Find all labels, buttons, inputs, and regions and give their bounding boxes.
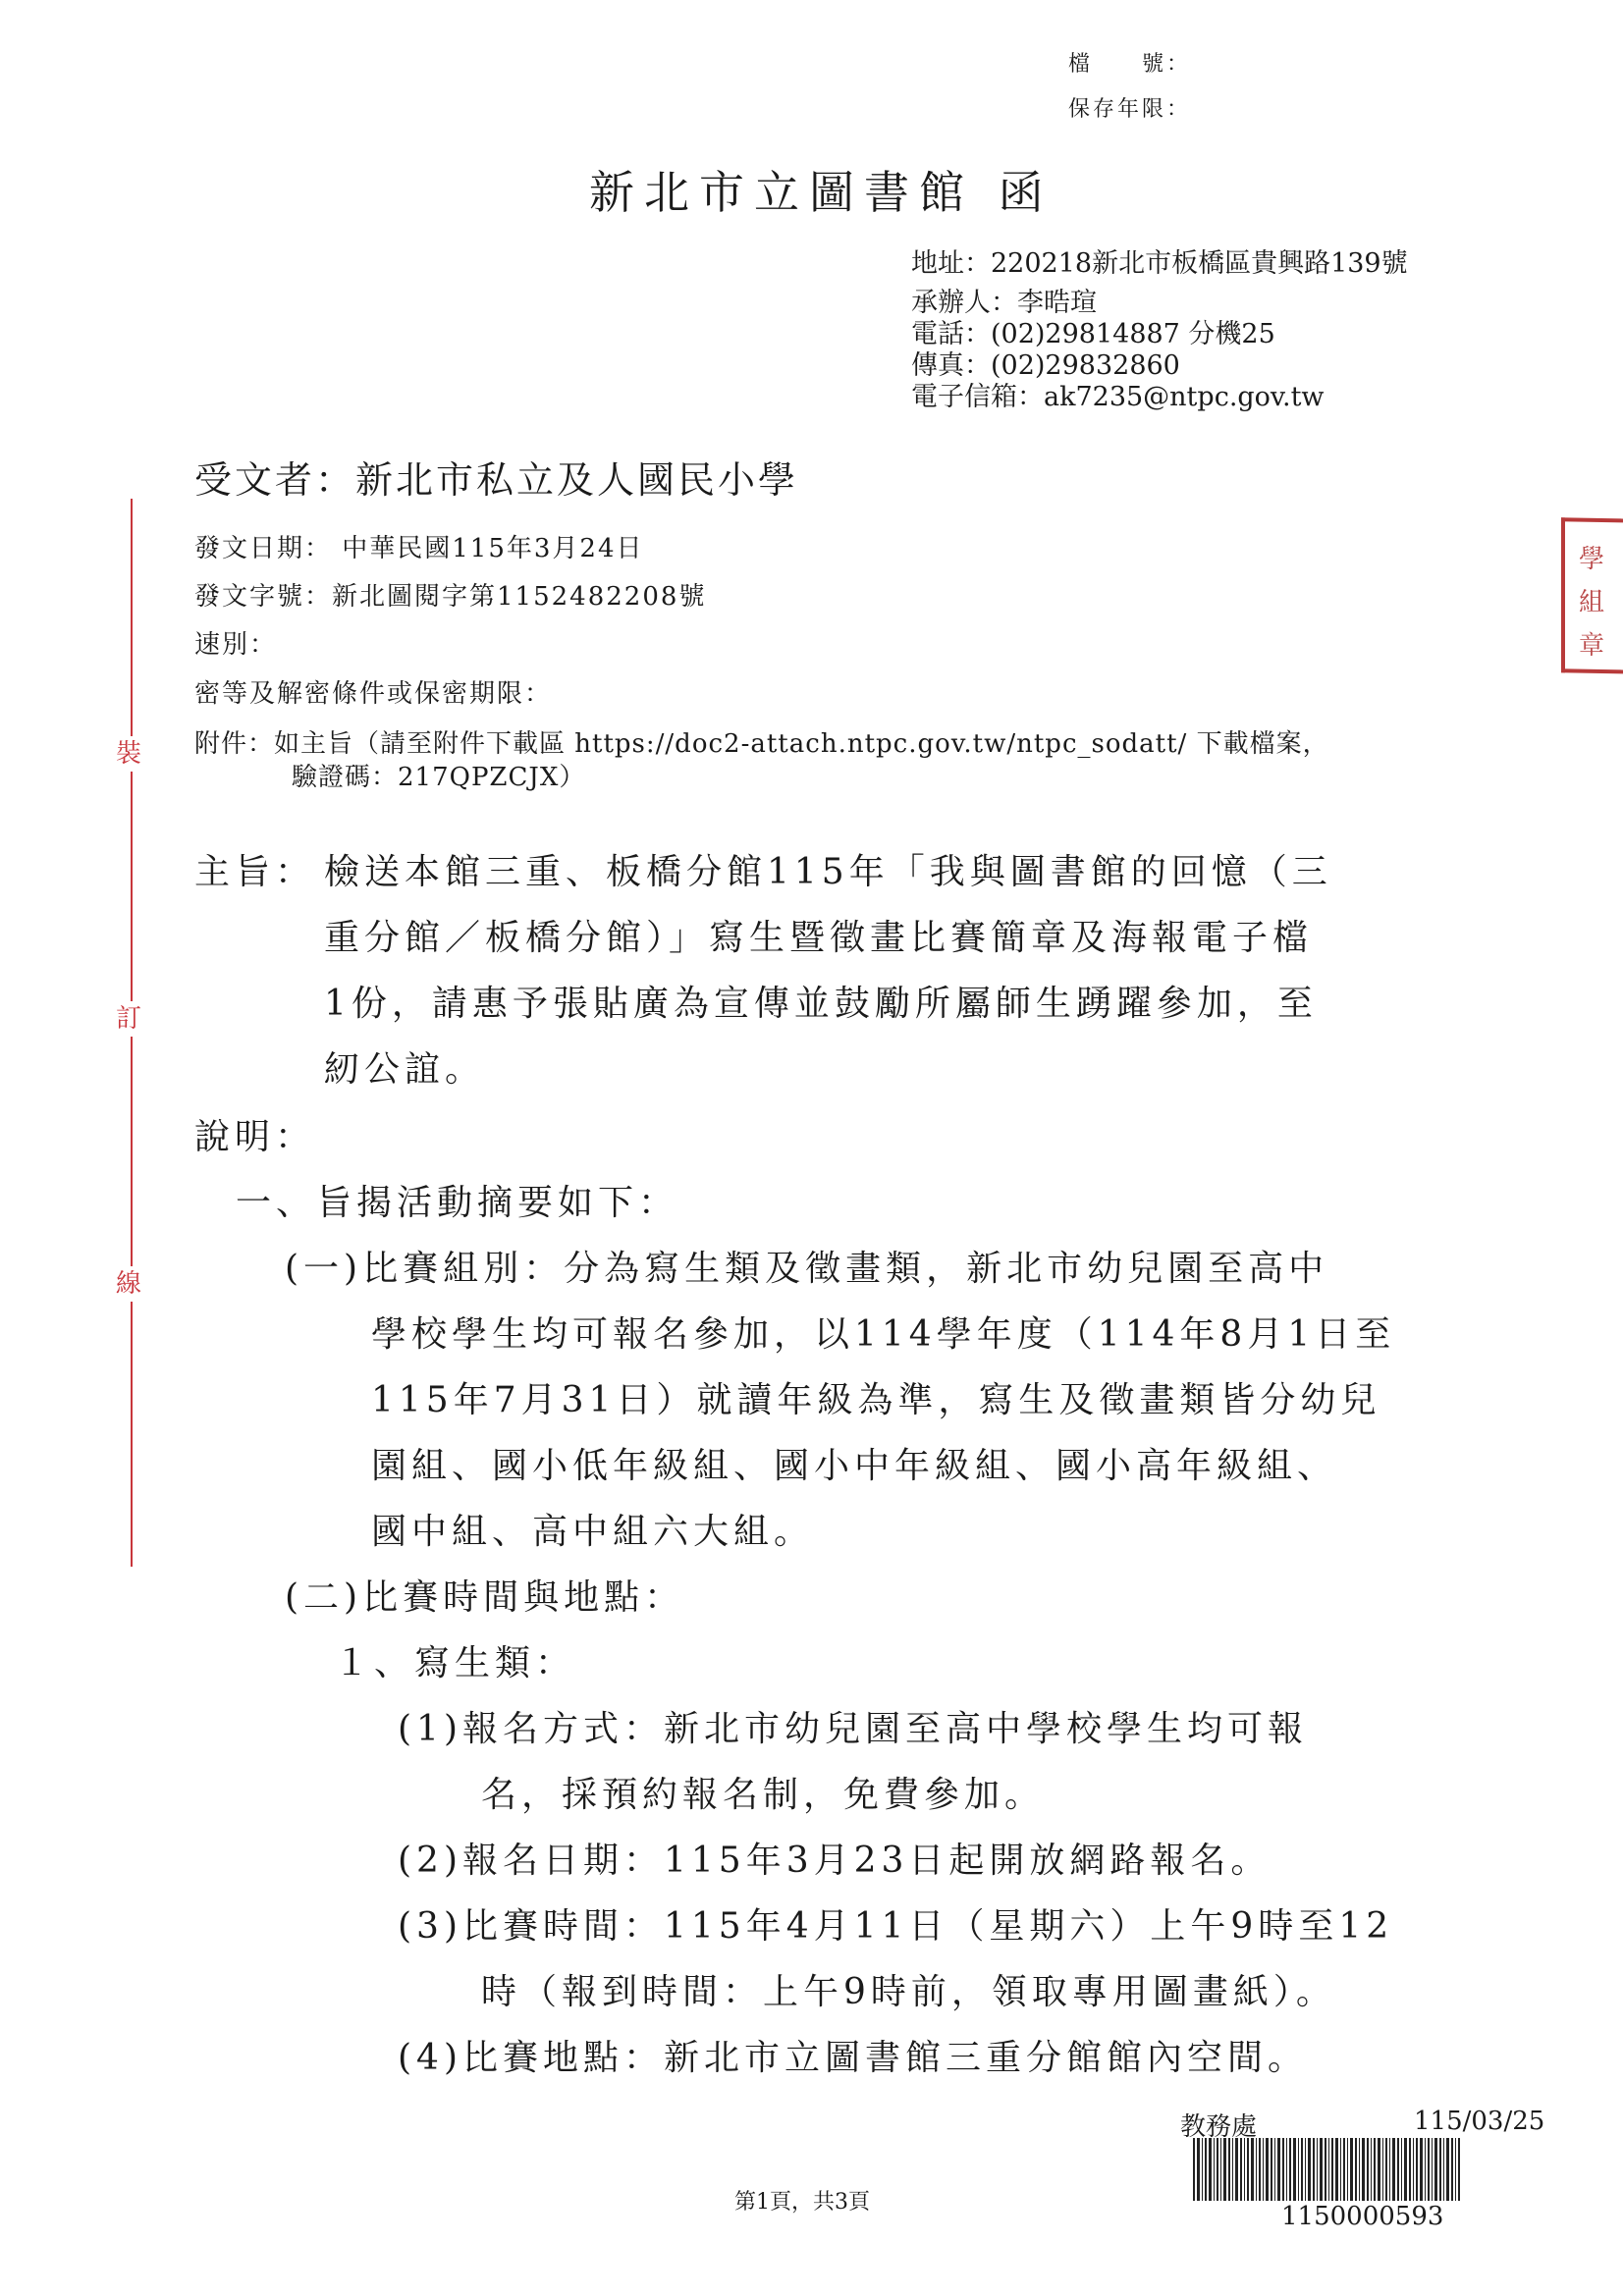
point-4: (4)比賽地點：新北市立圖書館三重分館館內空間。	[398, 2025, 1308, 2091]
attachment-line-1[interactable]: 附件：如主旨（請至附件下載區 https://doc2-attach.ntpc.…	[194, 723, 1329, 760]
retention-period-label: 保存年限：	[1068, 92, 1191, 128]
file-number-label: 檔 號：	[1068, 47, 1191, 82]
address: 地址：220218新北市板橋區貴興路139號	[911, 248, 1408, 280]
binding-char: 訂	[116, 1001, 141, 1037]
handler: 承辦人：李晧瑄	[911, 288, 1408, 319]
subject-text: 檢送本館三重、板橋分館115年「我與圖書館的回憶（三 重分館／板橋分館）」寫生暨…	[324, 839, 1332, 1102]
document-number: 發文字號：新北圖閱字第1152482208號	[194, 576, 706, 613]
section-1-line: 115年7月31日）就讀年級為準，寫生及徵畫類皆分幼兒	[371, 1367, 1395, 1433]
explanation-item-1: 一、旨揭活動摘要如下：	[236, 1170, 678, 1236]
secrecy-level: 密等及解密條件或保密期限：	[194, 673, 552, 710]
document-title: 新北市立圖書館 函	[589, 157, 1054, 222]
stamp-char: 學	[1579, 538, 1618, 581]
explanation-label: 說明：	[194, 1104, 315, 1170]
section-1-line: 園組、國小低年級組、國小中年級組、國小高年級組、	[371, 1433, 1395, 1499]
binding-char: 裝	[116, 736, 141, 772]
received-date: 115/03/25	[1414, 2107, 1544, 2136]
page-number: 第1頁，共3頁	[734, 2185, 870, 2216]
fax: 傳真：(02)29832860	[911, 350, 1408, 382]
stamp-char: 組	[1579, 581, 1618, 624]
point-3-cont: 時（報到時間：上午9時前，領取專用圖畫紙）。	[481, 1959, 1336, 2025]
subject-line: 重分館／板橋分館）」寫生暨徵畫比賽簡章及海報電子檔	[324, 905, 1332, 971]
phone: 電話：(02)29814887 分機25	[911, 319, 1408, 350]
point-2: (2)報名日期：115年3月23日起開放網路報名。	[398, 1828, 1271, 1894]
attachment-line-2: 驗證碼：217QPZCJX）	[292, 757, 585, 793]
recipient: 受文者：新北市私立及人國民小學	[194, 450, 798, 504]
issue-date: 發文日期： 中華民國115年3月24日	[194, 528, 644, 564]
point-3: (3)比賽時間：115年4月11日（星期六）上午9時至12	[398, 1894, 1393, 1959]
stamp-char: 章	[1579, 624, 1618, 667]
contact-block: 地址：220218新北市板橋區貴興路139號 承辦人：李晧瑄 電話：(02)29…	[911, 248, 1408, 413]
speed-class: 速別：	[194, 624, 277, 661]
stamp-text: 學 組 章	[1579, 538, 1618, 667]
section-1-line: 國中組、高中組六大組。	[371, 1499, 1395, 1565]
subject-line: 紉公誼。	[324, 1037, 1332, 1102]
category-1-heading: １、寫生類：	[334, 1630, 575, 1696]
barcode	[1193, 2138, 1509, 2201]
section-2-heading: (二)比賽時間與地點：	[285, 1565, 684, 1630]
point-1: (1)報名方式：新北市幼兒園至高中學校學生均可報	[398, 1696, 1308, 1762]
section-1-heading: (一)比賽組別：分為寫生類及徵畫類，新北市幼兒園至高中	[285, 1236, 1328, 1302]
point-1-cont: 名，採預約報名制，免費參加。	[481, 1762, 1045, 1828]
barcode-number: 1150000593	[1281, 2202, 1443, 2231]
subject-line: 1份，請惠予張貼廣為宣傳並鼓勵所屬師生踴躍參加，至	[324, 971, 1332, 1037]
section-1-line: 學校學生均可報名參加，以114學年度（114年8月1日至	[371, 1302, 1395, 1367]
section-1-body: 學校學生均可報名參加，以114學年度（114年8月1日至 115年7月31日）就…	[371, 1302, 1395, 1565]
subject-label: 主旨：	[194, 839, 315, 905]
email[interactable]: 電子信箱：ak7235@ntpc.gov.tw	[911, 382, 1408, 413]
binding-char: 線	[116, 1266, 141, 1302]
subject-line: 檢送本館三重、板橋分館115年「我與圖書館的回憶（三	[324, 839, 1332, 905]
